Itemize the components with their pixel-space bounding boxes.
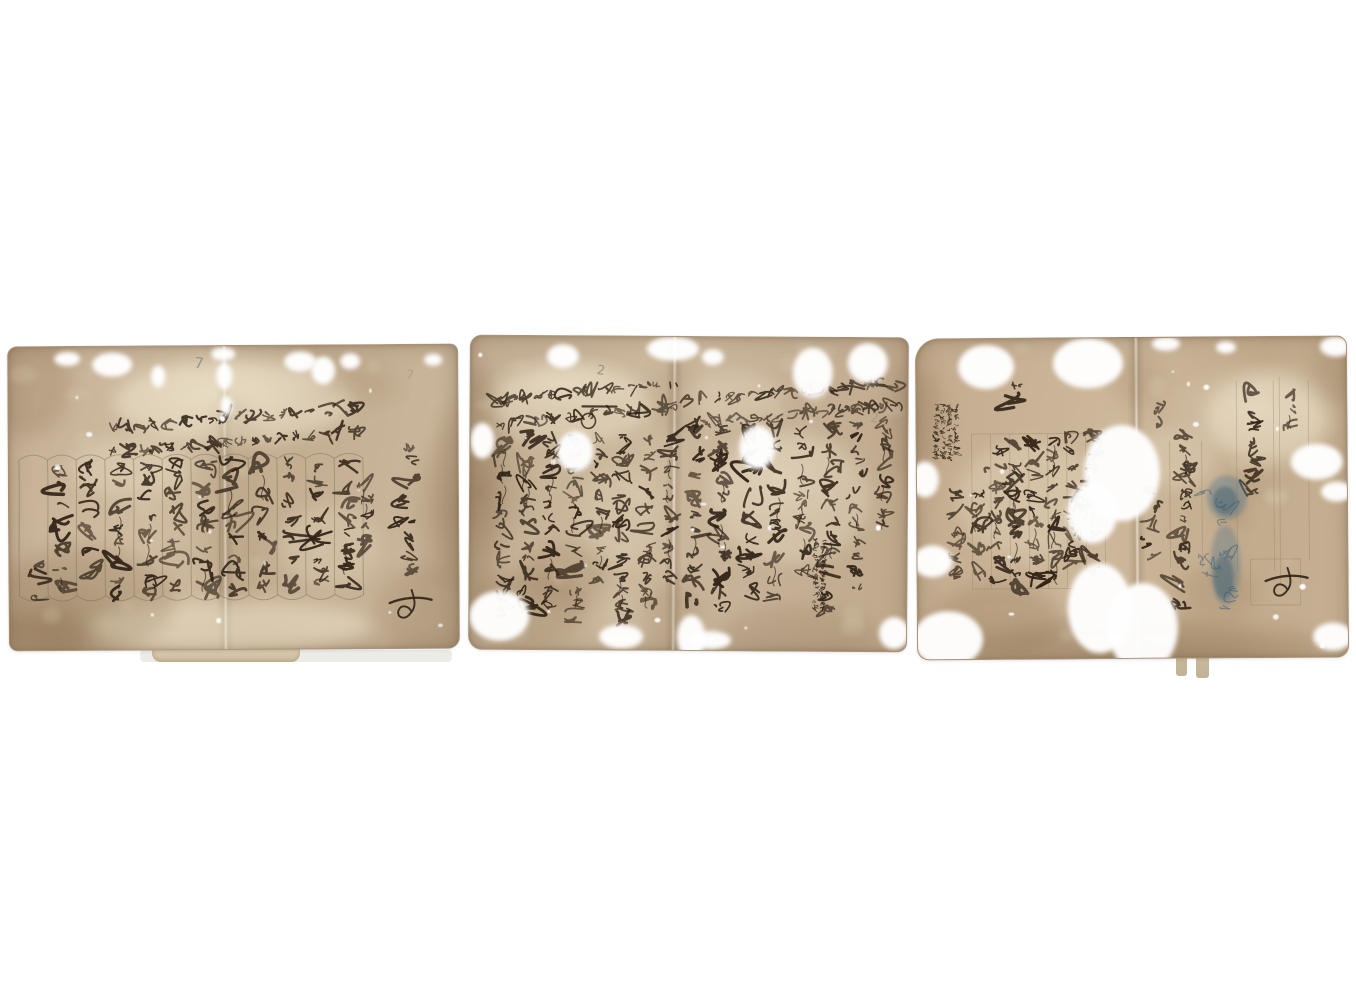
photo-stage: 7 7 拜候 2 2 謝狀 金正字 行次 (0, 0, 1356, 1000)
pencil-page-number: 2 (870, 412, 880, 426)
letter1-calligraphy (8, 345, 459, 651)
letter-sheet-2: 2 2 (468, 335, 909, 653)
pencil-page-number: 7 (193, 356, 204, 372)
pencil-page-number: 7 (406, 369, 415, 382)
pencil-page-number: 2 (596, 364, 606, 378)
letter2-calligraphy (469, 336, 908, 652)
letter-sheet-1: 7 7 拜候 (7, 344, 460, 652)
letter-sheet-3: 謝狀 金正字 行次 (915, 335, 1349, 660)
